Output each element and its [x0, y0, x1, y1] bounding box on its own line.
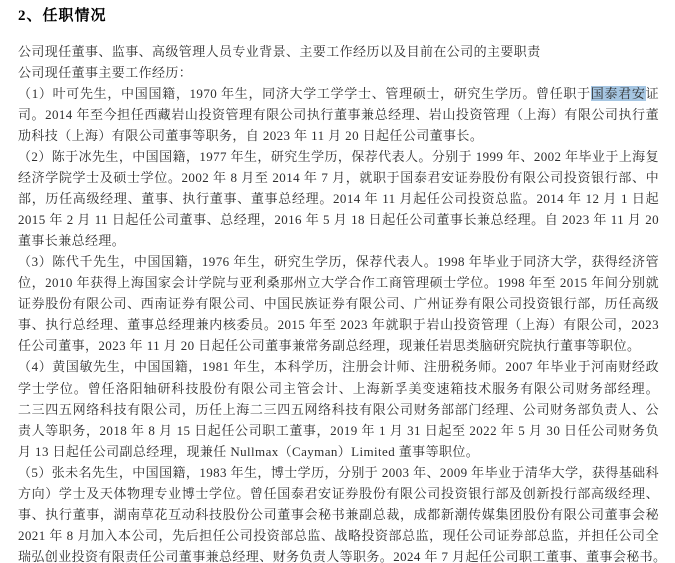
- director-3-line-1: （3）陈代千先生，中国国籍，1976 年生，研究生学历，保荐代表人。1998 年…: [18, 251, 659, 272]
- highlighted-company-text: 国泰君安: [591, 86, 646, 101]
- director-4-line-1: （4）黄国敏先生，中国国籍，1981 年生，本科学历，注册会计师、注册税务师。2…: [18, 356, 659, 377]
- director-5-line-4: 2021 年 8 月加入本公司，先后担任公司投资部总监、战略投资部总监，现任公司…: [18, 525, 659, 546]
- sub-heading-line: 公司现任董事主要工作经历：: [18, 62, 659, 83]
- section-heading: 2、任职情况: [18, 6, 659, 26]
- director-1-line-2: 司。2014 年至今担任西藏岩山投资管理有限公司执行董事兼总经理、岩山投资管理（…: [18, 104, 659, 125]
- director-5-line-5: 瑞弘创业投资有限责任公司董事兼总经理、财务负责人等职务。2024 年 7 月起任…: [18, 546, 659, 563]
- director-4-line-2: 学士学位。曾任洛阳轴研科技股份有限公司主管会计、上海新孚美变速箱技术服务有限公司…: [18, 378, 659, 399]
- director-2-line-4: 2015 年 2 月 11 日起任公司董事、总经理，2016 年 5 月 18 …: [18, 209, 659, 230]
- director-2-line-3: 部，历任高级经理、董事、执行董事、董事总经理。2014 年 11 月起任公司投资…: [18, 188, 659, 209]
- director-5-line-3: 事、执行董事，湖南草花互动科技股份公司董事会秘书兼副总裁，成都新潮传媒集团股份有…: [18, 504, 659, 525]
- text-segment: （1）叶可先生，中国国籍，1970 年生，同济大学工学学士、管理硕士，研究生学历…: [18, 86, 591, 101]
- director-5-line-2: 方向）学士及天体物理专业博士学位。曾任国泰君安证券股份有限公司投资银行部及创新投…: [18, 483, 659, 504]
- intro-line: 公司现任董事、监事、高级管理人员专业背景、主要工作经历以及目前在公司的主要职责: [18, 41, 659, 62]
- director-3-line-4: 事、执行总经理、董事总经理兼内核委员。2015 年至 2023 年就职于岩山投资…: [18, 314, 659, 335]
- director-2-line-2: 经济学院学士及硕士学位。2002 年 8 月至 2014 年 7 月，就职于国泰…: [18, 167, 659, 188]
- director-4-line-4: 责人等职务，2018 年 8 月 15 日起任公司职工董事，2019 年 1 月…: [18, 420, 659, 441]
- director-4-line-3: 二三四五网络科技有限公司，历任上海二三四五网络科技有限公司财务部部门经理、公司财…: [18, 399, 659, 420]
- director-4-line-5: 月 13 日起任公司副总经理，现兼任 Nullmax（Cayman）Limite…: [18, 441, 659, 462]
- director-2-line-1: （2）陈于冰先生，中国国籍，1977 年生，研究生学历，保荐代表人。分别于 19…: [18, 146, 659, 167]
- director-3-line-2: 位，2010 年获得上海国家会计学院与亚利桑那州立大学合作工商管理硕士学位。19…: [18, 272, 659, 293]
- director-3-line-3: 证券股份有限公司、西南证券有限公司、中国民族证券有限公司、广州证券有限公司投资银…: [18, 293, 659, 314]
- document-page: 2、任职情况 公司现任董事、监事、高级管理人员专业背景、主要工作经历以及目前在公…: [0, 0, 675, 563]
- director-3-line-5: 任公司董事，2023 年 11 月 20 日起任公司董事兼常务副总经理，现兼任岩…: [18, 335, 659, 356]
- director-2-line-5: 董事长兼总经理。: [18, 230, 659, 251]
- director-5-line-1: （5）张未名先生，中国国籍，1983 年生，博士学历，分别于 2003 年、20…: [18, 462, 659, 483]
- director-1-line-3: 劢科技（上海）有限公司董事等职务，自 2023 年 11 月 20 日起任公司董…: [18, 125, 659, 146]
- director-1-line-1: （1）叶可先生，中国国籍，1970 年生，同济大学工学学士、管理硕士，研究生学历…: [18, 83, 659, 104]
